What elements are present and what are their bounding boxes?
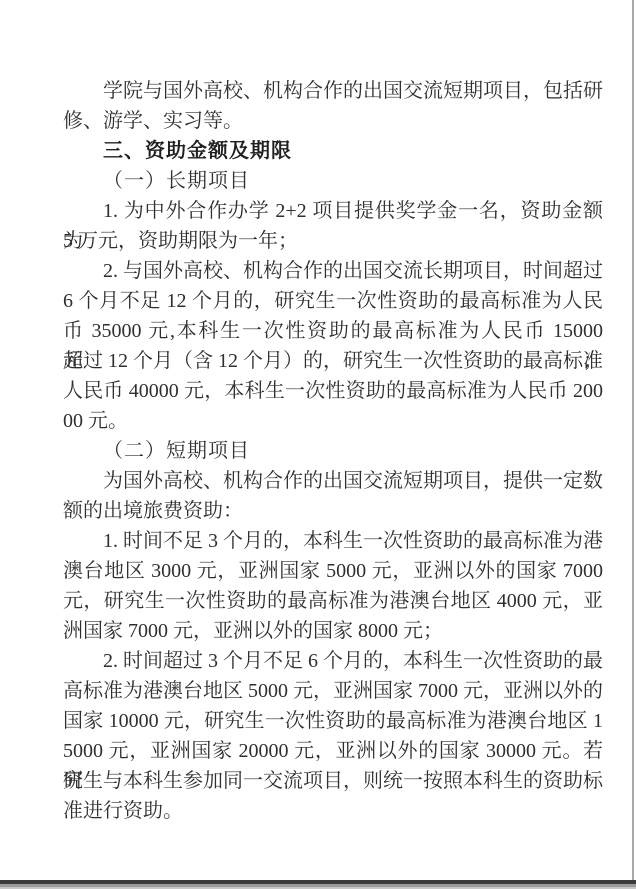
body-line: 1. 为中外合作办学 2+2 项目提供奖学金一名，资助金额为 [63,196,603,226]
body-line: 额的出境旅费资助： [63,496,603,526]
body-line: 5000 元，亚洲国家 20000 元，亚洲以外的国家 30000 元。若研 [63,736,603,766]
body-line: 5 万元，资助期限为一年； [63,226,603,256]
body-line: 元，研究生一次性资助的最高标准为港澳台地区 4000 元，亚 [63,586,603,616]
body-line: 币 35000 元,本科生一次性资助的最高标准为人民币 15000 元； [63,316,603,346]
body-line: 6 个月不足 12 个月的，研究生一次性资助的最高标准为人民 [63,286,603,316]
body-line: 学院与国外高校、机构合作的出国交流短期项目，包括研 [63,76,603,106]
body-line: 修、游学、实习等。 [63,106,603,136]
sub-heading: （二）短期项目 [63,436,603,466]
page-right-edge [632,0,634,881]
body-line: 高标准为港澳台地区 5000 元，亚洲国家 7000 元，亚洲以外的 [63,676,603,706]
body-line: 超过 12 个月（含 12 个月）的，研究生一次性资助的最高标准 [63,346,603,376]
body-line: 澳台地区 3000 元，亚洲国家 5000 元，亚洲以外的国家 7000 [63,556,603,586]
section-heading: 三、资助金额及期限 [63,136,603,166]
document-text: 学院与国外高校、机构合作的出国交流短期项目，包括研 修、游学、实习等。 三、资助… [63,76,603,826]
body-line: 2. 与国外高校、机构合作的出国交流长期项目，时间超过 [63,256,603,286]
body-line: 为国外高校、机构合作的出国交流短期项目，提供一定数 [63,466,603,496]
body-line: 1. 时间不足 3 个月的，本科生一次性资助的最高标准为港 [63,526,603,556]
body-line: 究生与本科生参加同一交流项目，则统一按照本科生的资助标 [63,766,603,796]
body-line: 准进行资助。 [63,796,603,826]
document-page: 学院与国外高校、机构合作的出国交流短期项目，包括研 修、游学、实习等。 三、资助… [0,0,636,889]
body-line: 2. 时间超过 3 个月不足 6 个月的，本科生一次性资助的最 [63,646,603,676]
body-line: 国家 10000 元，研究生一次性资助的最高标准为港澳台地区 1 [63,706,603,736]
body-line: 00 元。 [63,406,603,436]
body-line: 洲国家 7000 元，亚洲以外的国家 8000 元； [63,616,603,646]
body-line: 人民币 40000 元，本科生一次性资助的最高标准为人民币 200 [63,376,603,406]
sub-heading: （一）长期项目 [63,166,603,196]
